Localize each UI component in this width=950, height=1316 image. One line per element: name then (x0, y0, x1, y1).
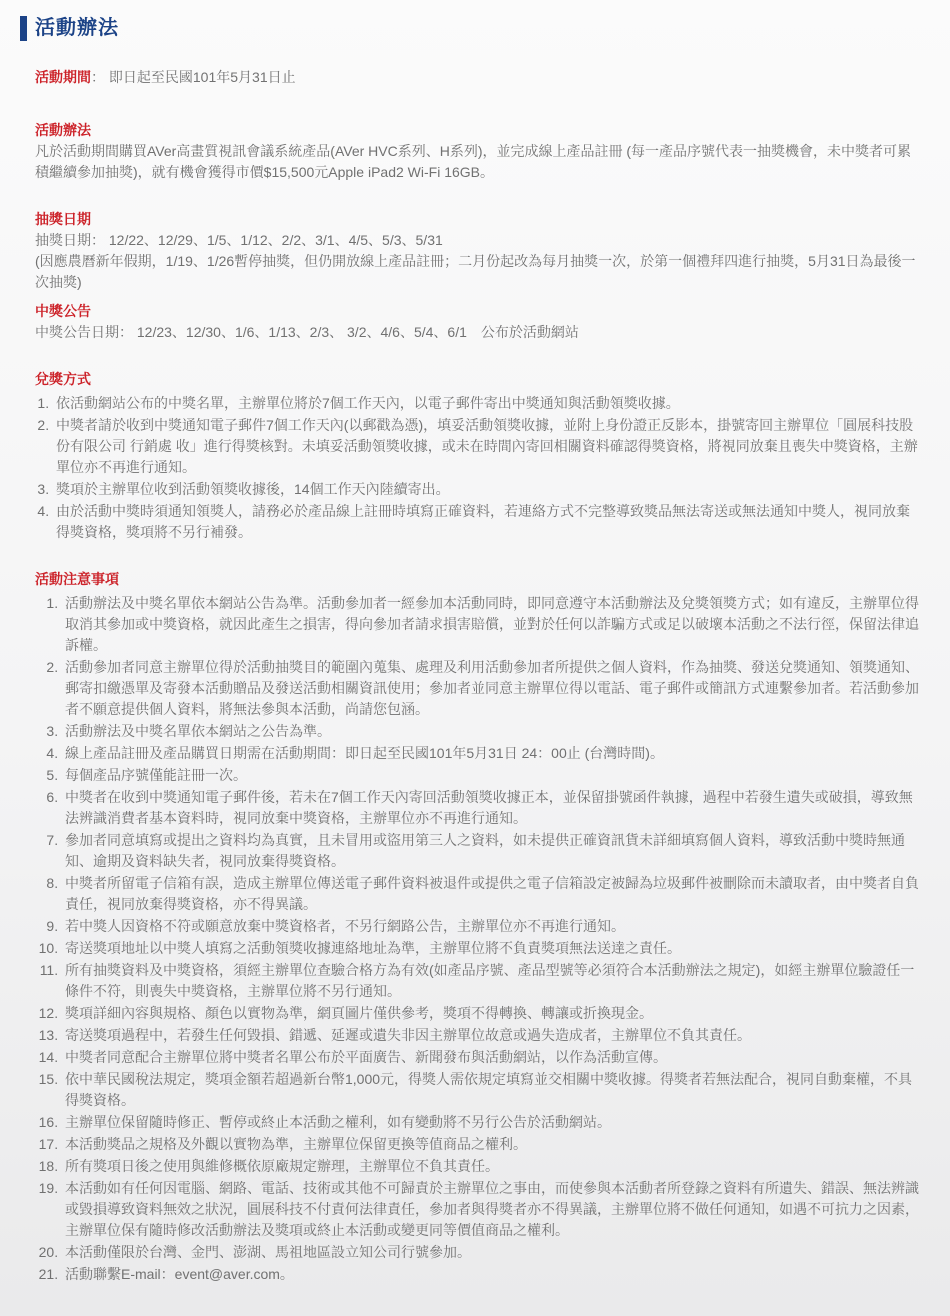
list-item: 活動辦法及中獎名單依本網站之公告為準。 (62, 721, 922, 742)
list-item: 中獎者同意配合主辦單位將中獎者名單公布於平面廣告、新聞發布與活動網站，以作為活動… (62, 1047, 922, 1068)
notes-list: 活動辦法及中獎名單依本網站公告為準。活動參加者一經參加本活動同時，即同意遵守本活… (35, 593, 922, 1285)
list-item: 所有抽獎資料及中獎資格，須經主辦單位查驗合格方為有效(如產品序號、產品型號等必須… (62, 960, 922, 1002)
list-item: 所有獎項日後之使用與維修概依原廠規定辦理，主辦單位不負其責任。 (62, 1156, 922, 1177)
list-item: 依中華民國稅法規定，獎項金額若超過新台幣1,000元，得獎人需依規定填寫並交相關… (62, 1069, 922, 1111)
winner-announcement-heading: 中獎公告 (35, 301, 922, 322)
list-item: 中獎者請於收到中獎通知電子郵件7個工作天內(以郵戳為憑)，填妥活動領獎收據，並附… (53, 415, 922, 478)
terms-page: 活動辦法 活動期間： 即日起至民國101年5月31日止 活動辦法 凡於活動期間購… (0, 0, 950, 1316)
list-item: 線上產品註冊及產品購買日期需在活動期間：即日起至民國101年5月31日 24：0… (62, 743, 922, 764)
list-item: 依活動網站公布的中獎名單，主辦單位將於7個工作天內，以電子郵件寄出中獎通知與活動… (53, 393, 922, 414)
list-item: 獎項詳細內容與規格、顏色以實物為準，網頁圖片僅供參考，獎項不得轉換、轉讓或折換現… (62, 1003, 922, 1024)
list-item: 由於活動中獎時須通知領獎人，請務必於產品線上註冊時填寫正確資料，若連絡方式不完整… (53, 501, 922, 543)
activity-period-value: 即日起至民國101年5月31日止 (105, 69, 296, 85)
list-item: 中獎者在收到中獎通知電子郵件後，若未在7個工作天內寄回活動領獎收據正本，並保留掛… (62, 787, 922, 829)
section-draw-dates: 抽獎日期 抽獎日期： 12/22、12/29、1/5、1/12、2/2、3/1、… (35, 209, 922, 343)
page-title-row: 活動辦法 (20, 16, 922, 41)
list-item: 活動參加者同意主辦單位得於活動抽獎目的範圍內蒐集、處理及利用活動參加者所提供之個… (62, 657, 922, 720)
activity-period-colon: ： (91, 69, 105, 85)
winner-announcement-line: 中獎公告日期： 12/23、12/30、1/6、1/13、2/3、 3/2、4/… (35, 322, 922, 343)
section-redemption: 兌獎方式 依活動網站公布的中獎名單，主辦單位將於7個工作天內，以電子郵件寄出中獎… (35, 369, 922, 543)
page-title: 活動辦法 (35, 18, 119, 39)
list-item: 活動聯繫E-mail：event@aver.com。 (62, 1264, 922, 1285)
draw-dates-line: 抽獎日期： 12/22、12/29、1/5、1/12、2/2、3/1、4/5、5… (35, 230, 922, 251)
list-item: 主辦單位保留隨時修正、暫停或終止本活動之權利，如有變動將不另行公告於活動網站。 (62, 1112, 922, 1133)
redemption-list: 依活動網站公布的中獎名單，主辦單位將於7個工作天內，以電子郵件寄出中獎通知與活動… (35, 393, 922, 543)
method-body: 凡於活動期間購買AVer高畫質視訊會議系統產品(AVer HVC系列、H系列)，… (35, 141, 922, 183)
list-item: 寄送獎項過程中，若發生任何毀損、錯遞、延遲或遺失非因主辦單位故意或過失造成者，主… (62, 1025, 922, 1046)
list-item: 中獎者所留電子信箱有誤，造成主辦單位傳送電子郵件資料被退件或提供之電子信箱設定被… (62, 873, 922, 915)
list-item: 每個產品序號僅能註冊一次。 (62, 765, 922, 786)
section-method: 活動辦法 凡於活動期間購買AVer高畫質視訊會議系統產品(AVer HVC系列、… (35, 120, 922, 183)
draw-dates-heading: 抽獎日期 (35, 209, 922, 230)
list-item: 活動辦法及中獎名單依本網站公告為準。活動參加者一經參加本活動同時，即同意遵守本活… (62, 593, 922, 656)
method-heading: 活動辦法 (35, 120, 922, 141)
activity-period-label: 活動期間 (35, 69, 91, 85)
section-notes: 活動注意事項 活動辦法及中獎名單依本網站公告為準。活動參加者一經參加本活動同時，… (35, 569, 922, 1285)
list-item: 本活動僅限於台灣、金門、澎湖、馬祖地區設立知公司行號參加。 (62, 1242, 922, 1263)
list-item: 寄送獎項地址以中獎人填寫之活動領獎收據連絡地址為準，主辦單位將不負責獎項無法送達… (62, 938, 922, 959)
notes-heading: 活動注意事項 (35, 569, 922, 590)
list-item: 本活動如有任何因電腦、網路、電話、技術或其他不可歸責於主辦單位之事由，而使參與本… (62, 1178, 922, 1241)
list-item: 獎項於主辦單位收到活動領獎收據後，14個工作天內陸續寄出。 (53, 479, 922, 500)
list-item: 本活動獎品之規格及外觀以實物為準，主辦單位保留更換等值商品之權利。 (62, 1134, 922, 1155)
title-accent-bar (20, 16, 27, 41)
draw-dates-note: (因應農曆新年假期，1/19、1/26暫停抽獎，但仍開放線上產品註冊；二月份起改… (35, 251, 922, 293)
list-item: 參加者同意填寫或提出之資料均為真實，且未冒用或盜用第三人之資料，如未提供正確資訊… (62, 830, 922, 872)
redemption-heading: 兌獎方式 (35, 369, 922, 390)
list-item: 若中獎人因資格不符或願意放棄中獎資格者，不另行網路公告，主辦單位亦不再進行通知。 (62, 916, 922, 937)
activity-period-line: 活動期間： 即日起至民國101年5月31日止 (35, 67, 922, 88)
